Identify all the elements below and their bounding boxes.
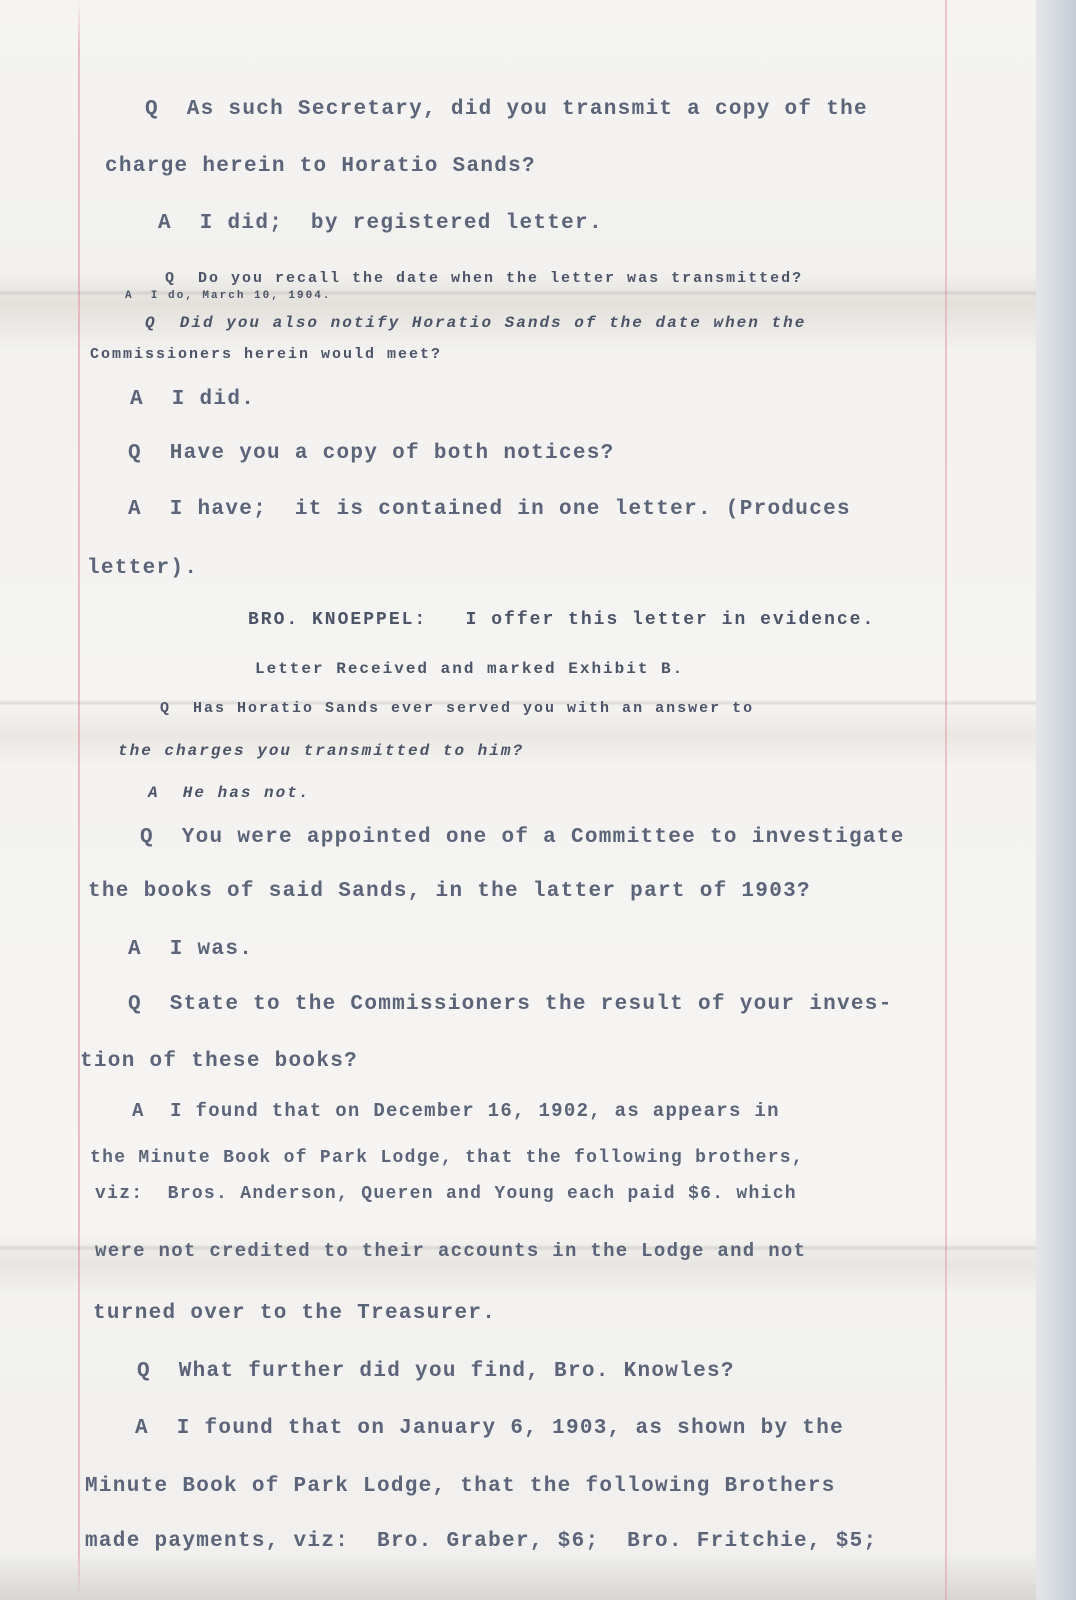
transcript-line: Q What further did you find, Bro. Knowle…: [137, 1360, 735, 1383]
transcript-line: A I found that on December 16, 1902, as …: [132, 1100, 780, 1122]
right-margin-rule: [945, 0, 947, 1600]
transcript-line: Q Did you also notify Horatio Sands of t…: [145, 314, 806, 332]
transcript-line: BRO. KNOEPPEL: I offer this letter in ev…: [248, 610, 875, 630]
transcript-line: Q Have you a copy of both notices?: [128, 442, 615, 465]
left-margin-rule: [78, 0, 80, 1600]
transcript-line: Q State to the Commissioners the result …: [128, 993, 893, 1016]
transcript-line: A I did; by registered letter.: [158, 212, 603, 235]
transcript-line: Minute Book of Park Lodge, that the foll…: [85, 1475, 836, 1498]
transcript-line: Q As such Secretary, did you transmit a …: [145, 98, 868, 121]
transcript-line: Commissioners herein would meet?: [90, 346, 442, 363]
transcript-line: the charges you transmitted to him?: [118, 742, 524, 760]
transcript-line: A I do, March 10, 1904.: [125, 290, 331, 302]
transcript-line: the Minute Book of Park Lodge, that the …: [90, 1148, 804, 1168]
transcript-line: letter).: [87, 557, 198, 580]
document-page: Q As such Secretary, did you transmit a …: [0, 0, 1040, 1600]
transcript-line: A He has not.: [148, 784, 310, 802]
transcript-line: charge herein to Horatio Sands?: [105, 155, 536, 178]
transcript-line: Q You were appointed one of a Committee …: [140, 826, 905, 849]
transcript-line: tion of these books?: [80, 1050, 358, 1073]
transcript-line: were not credited to their accounts in t…: [95, 1240, 806, 1262]
transcript-line: the books of said Sands, in the latter p…: [88, 880, 811, 903]
transcript-line: viz: Bros. Anderson, Queren and Young ea…: [95, 1184, 797, 1204]
transcript-line: made payments, viz: Bro. Graber, $6; Bro…: [85, 1530, 877, 1553]
transcript-line: A I did.: [130, 388, 255, 411]
transcript-line: turned over to the Treasurer.: [93, 1302, 496, 1325]
transcript-line: A I found that on January 6, 1903, as sh…: [135, 1417, 844, 1440]
background-edge: [1036, 0, 1076, 1600]
transcript-line: Letter Received and marked Exhibit B.: [255, 660, 684, 678]
transcript-line: A I have; it is contained in one letter.…: [128, 498, 851, 521]
transcript-line: A I was.: [128, 938, 253, 961]
transcript-line: Q Has Horatio Sands ever served you with…: [160, 700, 754, 717]
transcript-line: Q Do you recall the date when the letter…: [165, 270, 803, 287]
